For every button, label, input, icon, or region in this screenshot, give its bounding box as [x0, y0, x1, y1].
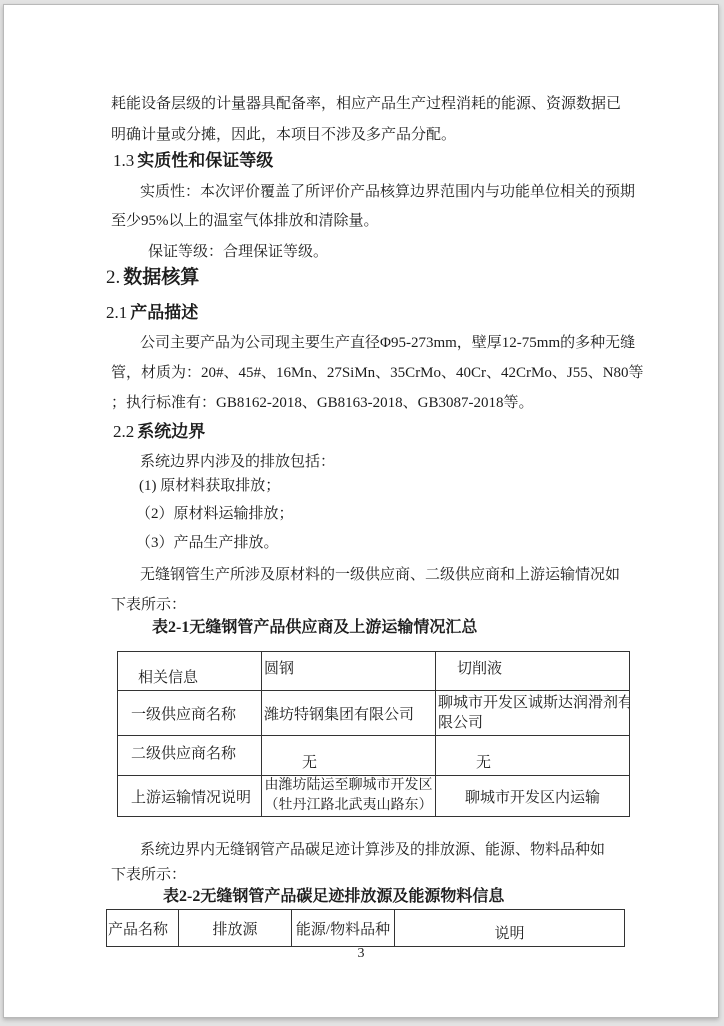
cell-tier1-supplier-roundsteel: 潍坊特钢集团有限公司 [262, 691, 436, 736]
para-materiality-line2: 至少95%以上的温室气体排放和清除量。 [111, 213, 379, 229]
cell-product-name-header: 产品名称 [107, 910, 179, 947]
para-allocation-line1: 耗能设备层级的计量器具配备率，相应产品生产过程消耗的能源、资源数据已 [111, 96, 621, 112]
para-emission-line2: 下表所示： [111, 867, 186, 883]
list-item-1: (1) 原材料获取排放； [139, 478, 280, 494]
table-2-1-title: 表2-1无缝钢管产品供应商及上游运输情况汇总 [152, 620, 477, 636]
para-supplier-line2: 下表所示： [111, 597, 186, 613]
heading-2-2-label: 系统边界 [137, 422, 205, 441]
para-product-line1: 公司主要产品为公司现主要生产直径Φ95-273mm，壁厚12-75mm的多种无缝 [140, 335, 635, 351]
table-row: 上游运输情况说明 由潍坊陆运至聊城市开发区 （牡丹江路北武夷山路东） 聊城市开发… [118, 776, 630, 817]
para-boundary: 系统边界内涉及的排放包括： [140, 454, 335, 470]
heading-2-1-number: 2.1 [106, 303, 127, 322]
para-materiality-line1: 实质性：本次评价覆盖了所评价产品核算边界范围内与功能单位相关的预期 [140, 184, 635, 200]
heading-2-2: 2.2系统边界 [113, 424, 205, 440]
cell-tier2-supplier-fluid: 无 [436, 736, 630, 776]
cell-related-info-header: 相关信息 [118, 652, 262, 691]
heading-2-2-number: 2.2 [113, 422, 134, 441]
heading-2-label: 数据核算 [123, 267, 199, 288]
heading-1-3: 1.3实质性和保证等级 [113, 153, 273, 169]
para-supplier-line1: 无缝钢管生产所涉及原材料的一级供应商、二级供应商和上游运输情况如 [140, 567, 620, 583]
cell-tier1-supplier-fluid: 聊城市开发区诚斯达润滑剂有 限公司 [436, 691, 630, 736]
cell-upstream-transport-label: 上游运输情况说明 [118, 776, 262, 817]
heading-1-3-label: 实质性和保证等级 [137, 151, 273, 170]
heading-2-1-label: 产品描述 [130, 303, 198, 322]
page-number: 3 [4, 946, 718, 962]
cell-description-header: 说明 [395, 910, 625, 947]
cell-upstream-transport-fluid: 聊城市开发区内运输 [436, 776, 630, 817]
para-product-line3: ；执行标准有：GB8162-2018、GB8163-2018、GB3087-20… [111, 395, 534, 411]
cell-round-steel-header: 圆钢 [262, 652, 436, 691]
table-2-2-title: 表2-2无缝钢管产品碳足迹排放源及能源物料信息 [163, 889, 504, 905]
para-emission-line1: 系统边界内无缝钢管产品碳足迹计算涉及的排放源、能源、物料品种如 [140, 842, 605, 858]
cell-tier2-supplier-roundsteel: 无 [262, 736, 436, 776]
para-assurance: 保证等级：合理保证等级。 [148, 244, 328, 260]
cell-tier2-supplier-label: 二级供应商名称 [118, 736, 262, 776]
para-product-line2: 管，材质为：20#、45#、16Mn、27SiMn、35CrMo、40Cr、42… [111, 365, 644, 381]
cell-line: 限公司 [438, 713, 629, 733]
heading-2-1: 2.1产品描述 [106, 305, 198, 321]
table-2-1: 相关信息 圆钢 切削液 一级供应商名称 潍坊特钢集团有限公司 聊城市开发区诚斯达… [117, 651, 630, 817]
heading-2-number: 2. [106, 267, 120, 288]
cell-emission-source-header: 排放源 [179, 910, 292, 947]
list-item-3: （3）产品生产排放。 [136, 535, 279, 551]
cell-tier1-supplier-label: 一级供应商名称 [118, 691, 262, 736]
heading-1-3-number: 1.3 [113, 151, 134, 170]
cell-line: 由潍坊陆运至聊城市开发区 [262, 776, 435, 796]
cell-line: 聊城市开发区诚斯达润滑剂有 [438, 693, 629, 713]
cell-cutting-fluid-header: 切削液 [436, 652, 630, 691]
table-2-1-header-row: 相关信息 圆钢 切削液 [118, 652, 630, 691]
document-viewer: { "colors": { "canvas_bg": "#e3e3e3", "p… [0, 0, 724, 1026]
document-page: 耗能设备层级的计量器具配备率，相应产品生产过程消耗的能源、资源数据已 明确计量或… [3, 4, 719, 1018]
cell-upstream-transport-roundsteel: 由潍坊陆运至聊城市开发区 （牡丹江路北武夷山路东） [262, 776, 436, 817]
cell-line: （牡丹江路北武夷山路东） [262, 796, 435, 816]
table-row: 二级供应商名称 无 无 [118, 736, 630, 776]
list-item-2: （2）原材料运输排放； [136, 506, 294, 522]
para-allocation-line2: 明确计量或分摊，因此，本项目不涉及多产品分配。 [111, 127, 456, 143]
cell-energy-material-header: 能源/物料品种 [292, 910, 395, 947]
table-2-2: 产品名称 排放源 能源/物料品种 说明 [106, 909, 625, 947]
heading-2: 2.数据核算 [106, 270, 199, 286]
table-row: 一级供应商名称 潍坊特钢集团有限公司 聊城市开发区诚斯达润滑剂有 限公司 [118, 691, 630, 736]
table-2-2-header-row: 产品名称 排放源 能源/物料品种 说明 [107, 910, 625, 947]
